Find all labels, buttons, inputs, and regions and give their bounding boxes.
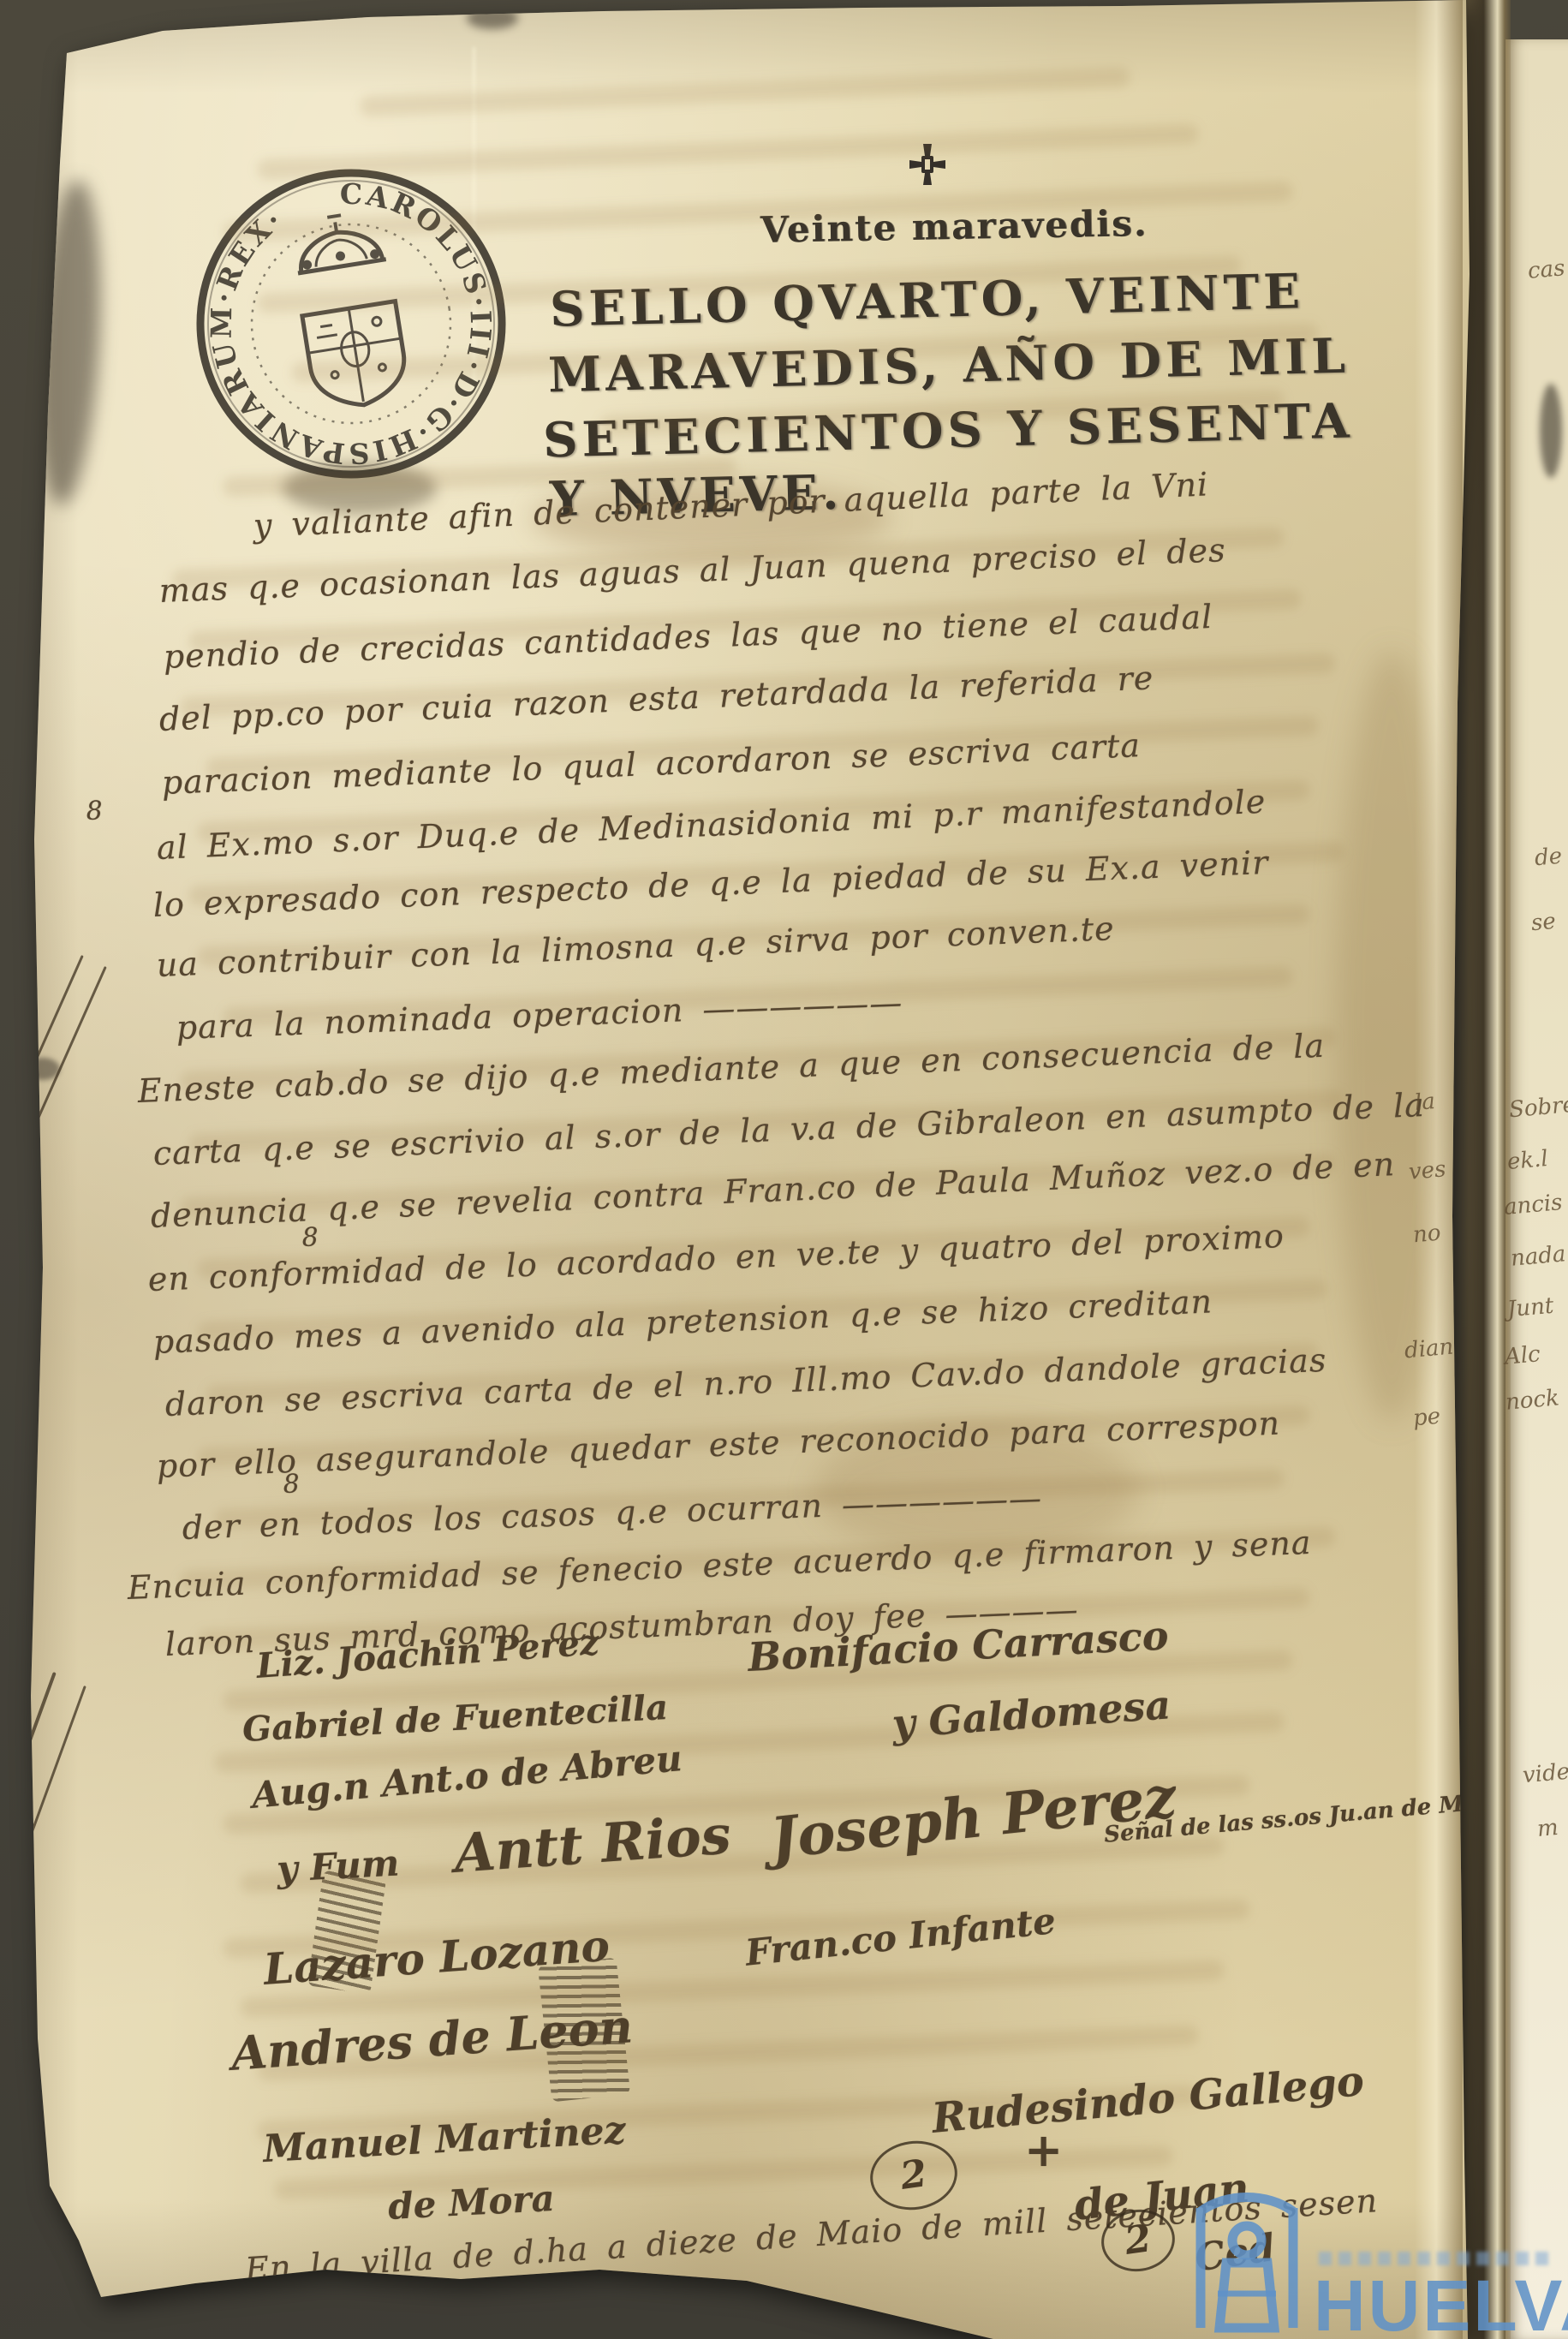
manuscript-line: para la nominada operacion —————— — [176, 983, 903, 1047]
huelva-emblem-icon — [1192, 2174, 1302, 2339]
watermark-label: HUELVA — [1314, 2274, 1568, 2339]
manuscript-line: paracion mediante lo qual acordaron se e… — [161, 726, 1142, 802]
page-edge-text-fragment: nock — [1505, 1385, 1560, 1415]
page-edge-text-fragment: ek.l — [1506, 1146, 1549, 1175]
margin-mark: 8 — [283, 1469, 301, 1500]
page-edge-text-fragment: ancis — [1503, 1190, 1564, 1220]
signature: y Fum — [276, 1842, 400, 1890]
flourish-mark — [0, 1672, 57, 2011]
page-edge-text-fragment: cas — [1527, 255, 1566, 284]
signature: de Mora — [387, 2177, 556, 2228]
royal-seal: CAROLUS·III·D·G·HISPANIARUM·REX· — [165, 138, 538, 510]
ink-smudge — [31, 178, 108, 506]
archive-watermark: HUELVA — [1192, 2174, 1568, 2339]
page-edge-text-fragment: nada — [1510, 1241, 1567, 1271]
signature: Fran.co Infante — [743, 1900, 1058, 1974]
page-edge-text-fragment: Sobre — [1508, 1092, 1568, 1124]
page-edge-text-fragment: Alc — [1504, 1341, 1541, 1370]
main-page: Veinte maravedis. SELLO QVARTO, VEINTE M… — [0, 0, 1568, 2339]
page-edge-text-fragment: de — [1534, 844, 1564, 872]
signature: Rudesindo Gallego — [930, 2057, 1366, 2143]
page-edge-text-fragment: la — [1414, 1089, 1436, 1116]
scene: Veinte maravedis. SELLO QVARTO, VEINTE M… — [0, 0, 1568, 2339]
page-edge-text-fragment: no — [1412, 1220, 1442, 1249]
ink-blot — [1540, 384, 1562, 478]
margin-mark: 8 — [301, 1222, 319, 1253]
page-edge-text-fragment: ves — [1408, 1156, 1447, 1185]
flourish-mark — [0, 1686, 86, 1992]
signature: + — [1024, 2122, 1063, 2177]
page-edge-text-fragment: m — [1536, 1815, 1559, 1842]
stain — [1336, 651, 1447, 1422]
circled-number: 2 — [866, 2135, 962, 2215]
page-edge-text-fragment: dian — [1404, 1334, 1455, 1364]
page-edge-text-fragment: Junt — [1506, 1293, 1555, 1323]
manuscript-line: pasado mes a avenido ala pretension q.e … — [152, 1282, 1213, 1360]
margin-mark: 8 — [86, 796, 104, 826]
page-edge-text-fragment: se — [1530, 909, 1557, 936]
page-edge-text-fragment: vide — [1522, 1759, 1568, 1789]
seal-shield — [302, 301, 410, 413]
watermark-small-text-blur — [1319, 2252, 1548, 2265]
manuscript-line: ua contribuir con la limosna q.e sirva p… — [156, 910, 1115, 984]
main-page-wrap: Veinte maravedis. SELLO QVARTO, VEINTE M… — [0, 0, 1568, 2339]
flourish-mark — [0, 955, 84, 1143]
ink-speck — [467, 7, 518, 29]
page-edge-text-fragment: pe — [1412, 1404, 1442, 1432]
